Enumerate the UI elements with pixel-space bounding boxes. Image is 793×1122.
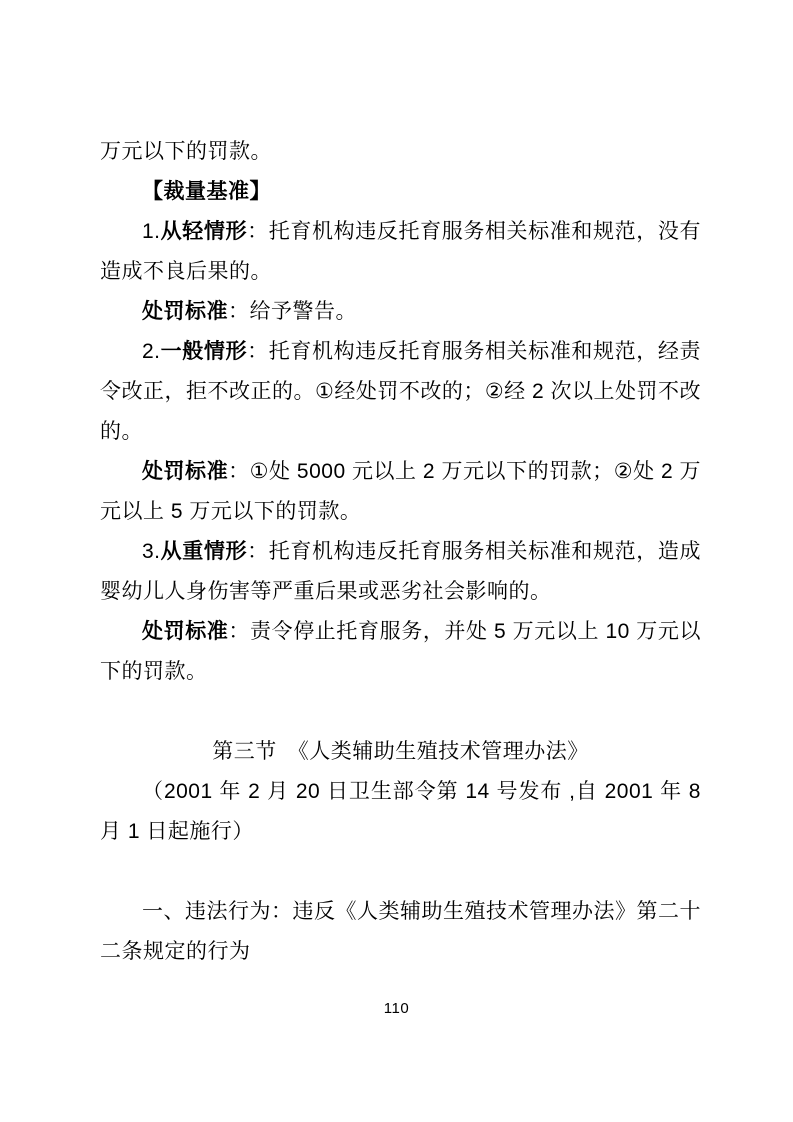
page-number: 110	[0, 999, 793, 1019]
bold-run: 一般情形	[161, 340, 248, 363]
text-run: （2001 年 2 月 20 日卫生部令第 14 号发布 ,自 2001 年 8…	[100, 780, 701, 843]
paragraph: 1.从轻情形：托育机构违反托育服务相关标准和规范，没有造成不良后果的。	[100, 212, 701, 292]
bold-run: 处罚标准	[142, 460, 228, 483]
bold-run: 从重情形	[161, 540, 248, 563]
paragraph: 一、违法行为：违反《人类辅助生殖技术管理办法》第二十二条规定的行为	[100, 892, 701, 972]
paragraph-spacer	[100, 692, 701, 732]
bold-run: 处罚标准	[142, 300, 228, 323]
text-run: 一、违法行为：违反《人类辅助生殖技术管理办法》第二十二条规定的行为	[100, 900, 701, 963]
text-run: 3.	[142, 540, 161, 563]
text-run: ：给予警告。	[228, 300, 357, 323]
paragraph: 处罚标准：给予警告。	[100, 292, 701, 332]
text-run: 第三节 《人类辅助生殖技术管理办法》	[212, 740, 589, 763]
section-heading: 第三节 《人类辅助生殖技术管理办法》	[100, 732, 701, 772]
paragraph: 处罚标准：责令停止托育服务，并处 5 万元以上 10 万元以下的罚款。	[100, 612, 701, 692]
paragraph: 万元以下的罚款。	[100, 132, 701, 172]
paragraph: 处罚标准：①处 5000 元以上 2 万元以下的罚款；②处 2 万元以上 5 万…	[100, 452, 701, 532]
text-run: 2.	[142, 340, 161, 363]
paragraph: 3.从重情形：托育机构违反托育服务相关标准和规范，造成婴幼儿人身伤害等严重后果或…	[100, 532, 701, 612]
document-body: 万元以下的罚款。【裁量基准】1.从轻情形：托育机构违反托育服务相关标准和规范，没…	[100, 132, 701, 972]
bold-run: 【裁量基准】	[142, 180, 271, 203]
paragraph: （2001 年 2 月 20 日卫生部令第 14 号发布 ,自 2001 年 8…	[100, 772, 701, 852]
bold-run: 从轻情形	[161, 220, 248, 243]
text-run: 1.	[142, 220, 161, 243]
paragraph-spacer	[100, 852, 701, 892]
paragraph: 【裁量基准】	[100, 172, 701, 212]
bold-run: 处罚标准	[142, 620, 228, 643]
paragraph: 2.一般情形：托育机构违反托育服务相关标准和规范，经责令改正，拒不改正的。①经处…	[100, 332, 701, 452]
text-run: 万元以下的罚款。	[100, 140, 272, 163]
